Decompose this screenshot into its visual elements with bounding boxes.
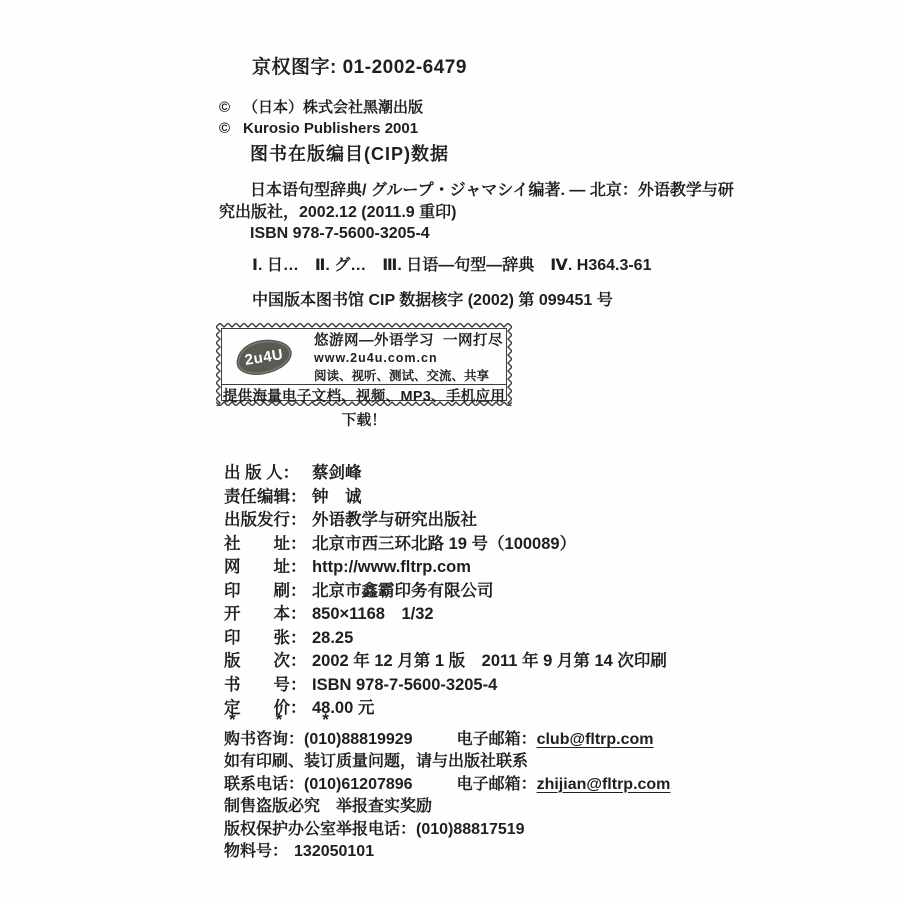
report-phone-line: 版权保护办公室举报电话：(010)88817519 [224,819,670,841]
cip-entry: 日本语句型辞典/ グループ・ジャマシイ编著. — 北京：外语教学与研 究出版社，… [219,180,779,245]
imprint-row-format: 开 本：850×1168 1/32 [224,603,667,627]
imprint-row-address: 社 址：北京市西三环北路 19 号（100089） [224,533,667,557]
imprint-row-editor: 责任编辑：钟 诚 [224,486,667,510]
imprint-row-sheets: 印 张：28.25 [224,627,667,651]
promo-features: 阅读、视听、测试、交流、共享 [314,366,503,384]
cip-record-line: 中国版本图书馆 CIP 数据核字 (2002) 第 099451 号 [252,287,613,310]
quality-note-line: 如有印刷、装订质量问题，请与出版社联系 [224,751,670,773]
cip-entry-line-1: 日本语句型辞典/ グループ・ジャマシイ编著. — 北京：外语教学与研 [219,180,779,202]
copyright-line-jp: ©（日本）株式会社黑潮出版 [219,97,423,118]
copyright-text-jp: （日本）株式会社黑潮出版 [243,99,423,116]
purchase-email-label: 电子邮箱： [457,731,537,748]
imprint-list: 出 版 人：蔡剑峰 责任编辑：钟 诚 出版发行：外语教学与研究出版社 社 址：北… [224,462,667,721]
contact-phone-label: 联系电话： [224,776,304,793]
promo-url: www.2u4u.com.cn [314,351,503,365]
stars-separator: * * * [229,705,331,730]
cip-entry-isbn: ISBN 978-7-5600-3205-4 [219,223,779,245]
contact-phone: (010)61207896 [304,776,413,793]
contact-email-label: 电子邮箱： [457,776,537,793]
promo-footer: 提供海量电子文档、视频、MP3、手机应用下载！ [222,384,506,409]
promo-top-row: 2u4U 悠游网—外语学习 一网打尽 www.2u4u.com.cn 阅读、视听… [222,329,506,384]
anti-piracy-line: 制售盗版必究 举报查实奖励 [224,796,670,818]
imprint-row-website: 网 址：http://www.fltrp.com [224,556,667,580]
copyright-block: ©（日本）株式会社黑潮出版 ©Kurosio Publishers 2001 [219,97,423,139]
imprint-row-publisher-person: 出 版 人：蔡剑峰 [224,462,667,486]
reg-number-line: 京权图字: 01-2002-6479 [252,52,467,79]
promo-text-block: 悠游网—外语学习 一网打尽 www.2u4u.com.cn 阅读、视听、测试、交… [314,329,503,384]
material-number-line: 物料号：132050101 [224,841,670,863]
imprint-row-printer: 印 刷：北京市鑫霸印务有限公司 [224,580,667,604]
imprint-row-isbn: 书 号：ISBN 978-7-5600-3205-4 [224,674,667,698]
cip-heading: 图书在版编目(CIP)数据 [250,140,449,166]
book-copyright-page: 京权图字: 01-2002-6479 ©（日本）株式会社黑潮出版 ©Kurosi… [0,0,900,900]
contact-block: 购书咨询：(010)88819929电子邮箱：club@fltrp.com 如有… [224,729,670,863]
purchase-phone: (010)88819929 [304,731,413,748]
contact-phone-line: 联系电话：(010)61207896电子邮箱：zhijian@fltrp.com [224,774,670,796]
contact-email: zhijian@fltrp.com [537,776,671,793]
copyright-line-en: ©Kurosio Publishers 2001 [219,118,423,139]
promo-box: 2u4U 悠游网—外语学习 一网打尽 www.2u4u.com.cn 阅读、视听… [216,323,512,406]
material-value: 132050101 [294,843,374,860]
copyright-icon: © [219,118,243,139]
classification-line: Ⅰ. 日… Ⅱ. グ… Ⅲ. 日语—句型—辞典 Ⅳ. H364.3-61 [252,252,651,275]
imprint-row-publisher: 出版发行：外语教学与研究出版社 [224,509,667,533]
promo-tagline: 悠游网—外语学习 一网打尽 [314,329,503,350]
purchase-inquiry-line: 购书咨询：(010)88819929电子邮箱：club@fltrp.com [224,729,670,751]
imprint-row-edition: 版 次：2002 年 12 月第 1 版 2011 年 9 月第 14 次印刷 [224,650,667,674]
copyright-icon: © [219,97,243,118]
copyright-text-en: Kurosio Publishers 2001 [243,120,418,137]
2u4u-logo: 2u4U [234,335,295,377]
material-label: 物料号： [224,843,288,860]
2u4u-logo-text: 2u4U [244,345,285,368]
purchase-label: 购书咨询： [224,731,304,748]
promo-inner-frame: 2u4U 悠游网—外语学习 一网打尽 www.2u4u.com.cn 阅读、视听… [221,328,507,401]
purchase-email: club@fltrp.com [537,731,654,748]
cip-entry-line-2: 究出版社，2002.12 (2011.9 重印) [219,202,779,224]
